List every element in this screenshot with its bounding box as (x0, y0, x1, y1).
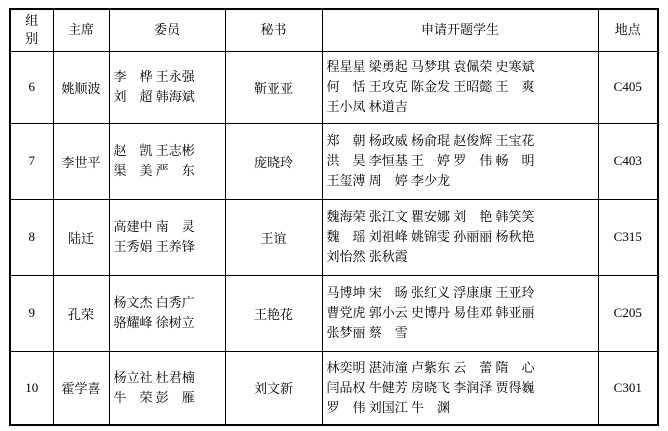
header-committee: 委员 (109, 9, 225, 51)
location-cell: C315 (598, 199, 658, 275)
header-location-label: 地点 (615, 21, 641, 39)
location-cell: C301 (598, 351, 658, 425)
header-students: 申请开题学生 (322, 9, 598, 51)
group-cell: 8 (10, 199, 53, 275)
students-cell: 马博坤 宋 旸 张红义 浮康康 王亚玲 曹党虎 郭小云 史博丹 易佳邓 韩亚丽 … (322, 275, 598, 351)
table-row: 8陆迁高建中 南 灵 王秀娟 王养锋王谊魏海荣 张江文 瞿安娜 刘 艳 韩笑笑 … (10, 199, 658, 275)
students-cell: 程星星 梁勇起 马梦琪 袁佩荣 史寒斌 何 恬 王攻克 陈金发 王昭懿 王 爽 … (322, 51, 598, 123)
committee-cell: 高建中 南 灵 王秀娟 王养锋 (109, 199, 225, 275)
group-cell: 10 (10, 351, 53, 425)
chair-cell: 李世平 (53, 123, 109, 199)
table-body: 6姚顺波李 桦 王永强 刘 超 韩海斌靳亚亚程星星 梁勇起 马梦琪 袁佩荣 史寒… (10, 51, 658, 425)
header-chair-label: 主席 (68, 21, 94, 39)
chair-cell: 陆迁 (53, 199, 109, 275)
secretary-cell: 王艳花 (225, 275, 322, 351)
thesis-proposal-schedule-table: 组别 主席 委员 秘书 申请开题学生 地点 6姚顺波李 桦 王永强 刘 超 韩海… (9, 8, 659, 426)
students-cell: 魏海荣 张江文 瞿安娜 刘 艳 韩笑笑 魏 瑶 刘祖峰 姚锦雯 孙丽丽 杨秋艳 … (322, 199, 598, 275)
committee-cell: 杨立社 杜君楠 牛 荣 彭 雁 (109, 351, 225, 425)
students-cell: 郑 朝 杨政威 杨俞琨 赵俊辉 王宝花 洪 昊 李恒基 王 婷 罗 伟 畅 明 … (322, 123, 598, 199)
chair-cell: 霍学喜 (53, 351, 109, 425)
header-secretary: 秘书 (225, 9, 322, 51)
table-row: 9孔荣杨文杰 白秀广 骆耀峰 徐树立王艳花马博坤 宋 旸 张红义 浮康康 王亚玲… (10, 275, 658, 351)
header-students-label: 申请开题学生 (421, 21, 499, 39)
secretary-cell: 庞晓玲 (225, 123, 322, 199)
location-cell: C405 (598, 51, 658, 123)
header-group: 组别 (10, 9, 53, 51)
committee-cell: 李 桦 王永强 刘 超 韩海斌 (109, 51, 225, 123)
chair-cell: 姚顺波 (53, 51, 109, 123)
table-row: 7李世平赵 凯 王志彬 渠 美 严 东庞晓玲郑 朝 杨政威 杨俞琨 赵俊辉 王宝… (10, 123, 658, 199)
header-secretary-label: 秘书 (260, 21, 286, 39)
secretary-cell: 刘文新 (225, 351, 322, 425)
defense-schedule-wrapper: 组别 主席 委员 秘书 申请开题学生 地点 6姚顺波李 桦 王永强 刘 超 韩海… (9, 8, 659, 426)
group-cell: 7 (10, 123, 53, 199)
header-group-label: 组别 (20, 12, 44, 48)
table-row: 6姚顺波李 桦 王永强 刘 超 韩海斌靳亚亚程星星 梁勇起 马梦琪 袁佩荣 史寒… (10, 51, 658, 123)
header-location: 地点 (598, 9, 658, 51)
committee-cell: 杨文杰 白秀广 骆耀峰 徐树立 (109, 275, 225, 351)
location-cell: C403 (598, 123, 658, 199)
committee-cell: 赵 凯 王志彬 渠 美 严 东 (109, 123, 225, 199)
group-cell: 6 (10, 51, 53, 123)
location-cell: C205 (598, 275, 658, 351)
secretary-cell: 靳亚亚 (225, 51, 322, 123)
header-row: 组别 主席 委员 秘书 申请开题学生 地点 (10, 9, 658, 51)
chair-cell: 孔荣 (53, 275, 109, 351)
header-committee-label: 委员 (154, 21, 180, 39)
secretary-cell: 王谊 (225, 199, 322, 275)
table-row: 10霍学喜杨立社 杜君楠 牛 荣 彭 雁刘文新林奕明 湛沛潼 卢紫东 云 蕾 隋… (10, 351, 658, 425)
header-chair: 主席 (53, 9, 109, 51)
group-cell: 9 (10, 275, 53, 351)
students-cell: 林奕明 湛沛潼 卢紫东 云 蕾 隋 心 闫品权 牛健芳 房晓飞 李润泽 贾得巍 … (322, 351, 598, 425)
